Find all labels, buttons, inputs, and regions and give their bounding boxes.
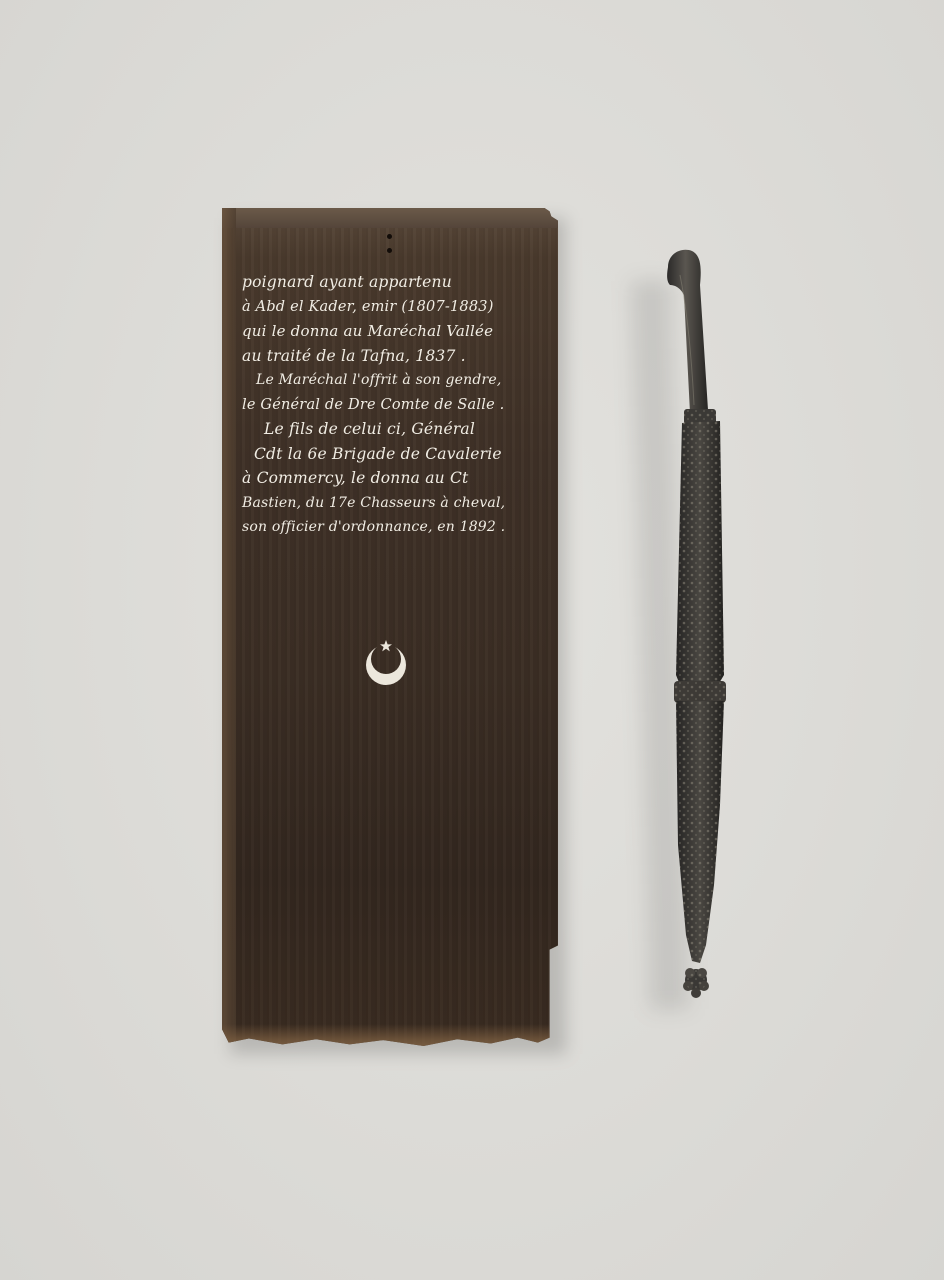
- crescent-star-icon: [362, 632, 410, 688]
- dagger-finial: [683, 968, 709, 998]
- board-left-edge: [222, 208, 236, 1046]
- sheathed-dagger: [650, 245, 740, 1010]
- inscription-line: Le fils de celui ci, Général: [242, 417, 552, 442]
- inscription-line: au traité de la Tafna, 1837 .: [242, 344, 552, 369]
- inscription-line: le Général de Dre Comte de Salle .: [242, 393, 552, 418]
- inscription-line: à Commercy, le donna au Ct: [242, 466, 552, 491]
- dagger-hilt: [667, 250, 708, 413]
- inscription-line: poignard ayant appartenu: [242, 270, 552, 295]
- handwritten-inscription: poignard ayant appartenu à Abd el Kader,…: [242, 270, 552, 540]
- inscription-line: qui le donna au Maréchal Vallée: [242, 319, 552, 344]
- nail-hole: [387, 248, 392, 253]
- inscribed-wooden-board: poignard ayant appartenu à Abd el Kader,…: [222, 208, 558, 1046]
- board-top-edge: [222, 208, 558, 228]
- inscription-line: son officier d'ordonnance, en 1892 .: [242, 515, 552, 540]
- inscription-line: Cdt la 6e Brigade de Cavalerie: [242, 442, 552, 467]
- inscription-line: à Abd el Kader, emir (1807-1883): [242, 295, 552, 320]
- inscription-line: Le Maréchal l'offrit à son gendre,: [242, 368, 552, 393]
- inscription-line: Bastien, du 17e Chasseurs à cheval,: [242, 491, 552, 516]
- nail-hole: [387, 234, 392, 239]
